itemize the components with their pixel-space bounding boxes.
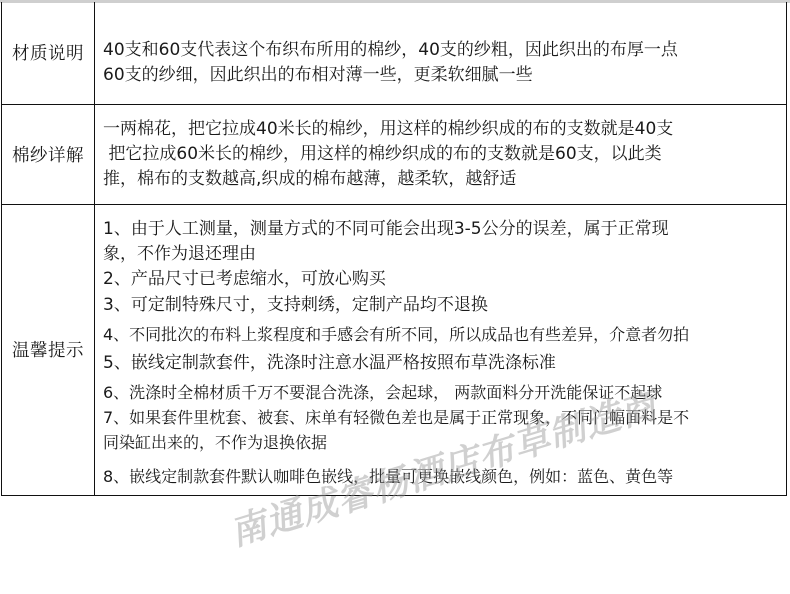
row-label-yarn: 棉纱详解 <box>2 104 95 204</box>
text-line: 1、由于人工测量，测量方式的不同可能会出现3-5公分的误差，属于正常现 <box>103 217 780 242</box>
row-label-tips: 温馨提示 <box>2 204 95 495</box>
text-line: 象，不作为退还理由 <box>103 242 780 267</box>
yarn-description: 一两棉花，把它拉成40米长的棉纱，用这样的棉纱织成的布的支数就是40支 把它拉成… <box>95 104 787 204</box>
tip-item-3: 3、可定制特殊尺寸，支持刺绣，定制产品均不退换 <box>103 293 780 318</box>
text-line: 推，棉布的支数越高,织成的棉布越薄，越柔软，越舒适 <box>103 167 780 192</box>
text-line: 把它拉成60米长的棉纱，用这样的棉纱织成的布的支数就是60支，以此类 <box>103 142 780 167</box>
table-row-tips: 温馨提示 1、由于人工测量，测量方式的不同可能会出现3-5公分的误差，属于正常现… <box>2 204 787 495</box>
tip-item-2: 2、产品尺寸已考虑缩水，可放心购买 <box>103 267 780 292</box>
product-info-table: 材质说明 40支和60支代表这个布织布所用的棉纱，40支的纱粗，因此织出的布厚一… <box>1 2 787 496</box>
text-line: 40支和60支代表这个布织布所用的棉纱，40支的纱粗，因此织出的布厚一点 <box>103 38 780 63</box>
text-line: 一两棉花，把它拉成40米长的棉纱，用这样的棉纱织成的布的支数就是40支 <box>103 117 780 142</box>
text-line: 7、如果套件里枕套、被套、床单有轻微色差也是属于正常现象，不同门幅面料是不 <box>103 405 780 430</box>
row-label-material: 材质说明 <box>2 2 95 104</box>
text-line: 同染缸出来的，不作为退换依据 <box>103 430 780 455</box>
tip-item-8: 8、嵌线定制款套件默认咖啡色嵌线，批量可更换嵌线颜色，例如：蓝色、黄色等 <box>103 464 780 489</box>
tip-item-7: 7、如果套件里枕套、被套、床单有轻微色差也是属于正常现象，不同门幅面料是不 同染… <box>103 405 780 455</box>
tip-item-5: 5、嵌线定制款套件，洗涤时注意水温严格按照布草洗涤标准 <box>103 351 780 376</box>
tip-item-6: 6、洗涤时全棉材质千万不要混合洗涤，会起球， 两款面料分开洗能保证不起球 <box>103 380 780 405</box>
tips-list: 1、由于人工测量，测量方式的不同可能会出现3-5公分的误差，属于正常现 象，不作… <box>95 204 787 495</box>
table-row-yarn: 棉纱详解 一两棉花，把它拉成40米长的棉纱，用这样的棉纱织成的布的支数就是40支… <box>2 104 787 204</box>
tip-item-1: 1、由于人工测量，测量方式的不同可能会出现3-5公分的误差，属于正常现 象，不作… <box>103 217 780 267</box>
text-line: 60支的纱细，因此织出的布相对薄一些，更柔软细腻一些 <box>103 63 780 88</box>
material-description: 40支和60支代表这个布织布所用的棉纱，40支的纱粗，因此织出的布厚一点 60支… <box>95 2 787 104</box>
tip-item-4: 4、不同批次的布料上浆程度和手感会有所不同，所以成品也有些差异，介意者勿拍 <box>103 322 780 347</box>
table-row-material: 材质说明 40支和60支代表这个布织布所用的棉纱，40支的纱粗，因此织出的布厚一… <box>2 2 787 104</box>
